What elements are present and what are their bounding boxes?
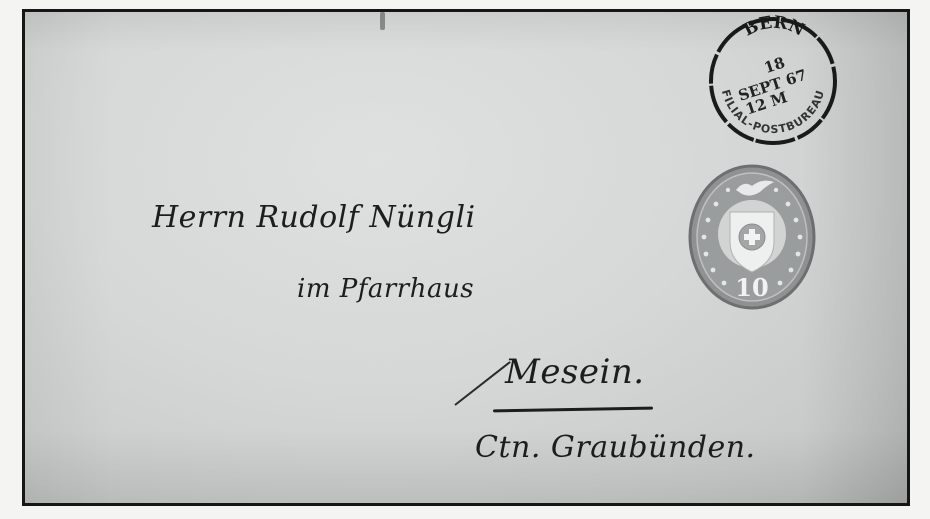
handwriting-flourish — [454, 361, 510, 406]
address-line-town: Mesein. — [505, 352, 645, 392]
envelope-photo: BERN 18 SEPT 67 12 M FILIAL-POSTBUREAU — [22, 9, 910, 506]
address-line-recipient: Herrn Rudolf Nüngli — [152, 200, 476, 235]
postmark-circle-icon: BERN 18 SEPT 67 12 M FILIAL-POSTBUREAU — [706, 14, 840, 148]
address-line-house: im Pfarrhaus — [297, 274, 474, 304]
swiss-stamp-icon: 10 — [686, 162, 818, 312]
town-underline — [493, 407, 653, 413]
stamp-denomination: 10 — [735, 273, 768, 302]
address-line-canton: Ctn. Graubünden. — [475, 430, 756, 465]
embossed-stamp: 10 — [686, 162, 818, 312]
paper-smudge — [380, 12, 385, 30]
bern-postmark: BERN 18 SEPT 67 12 M FILIAL-POSTBUREAU — [706, 14, 840, 148]
